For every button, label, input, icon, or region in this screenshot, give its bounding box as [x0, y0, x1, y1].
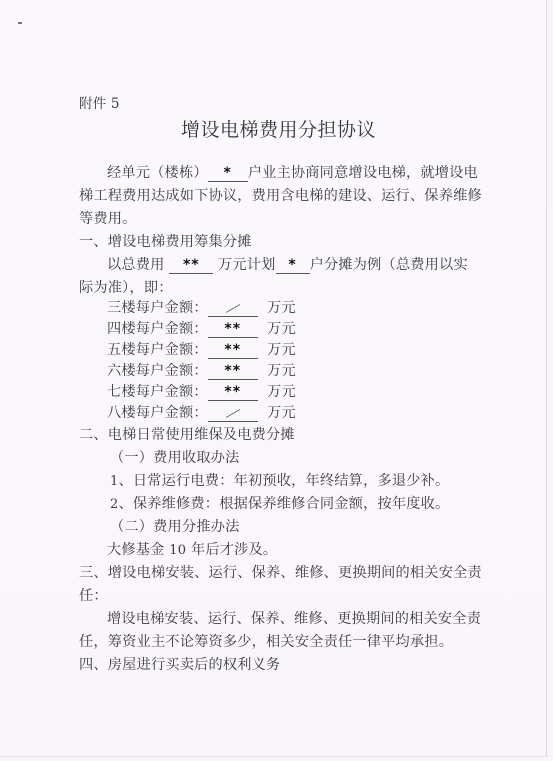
floor-label: 三楼每户金额： [107, 300, 208, 316]
floor-amount-blank [208, 404, 258, 422]
intro-line-3: 等费用。 [79, 209, 137, 229]
fund-years: 10 [169, 543, 186, 558]
section3-body-1: 增设电梯安装、运行、保养、维修、更换期间的相关安全责 [107, 609, 481, 629]
floor-row-6: 六楼每户金额：** 万元 [107, 361, 296, 381]
item-text: 、保养维修费：根据保养维修合同金额，按年度收。 [118, 496, 449, 512]
unit-label: 万元 [267, 321, 296, 337]
fund-suffix: 年后才涉及。 [191, 542, 277, 558]
section2-heading: 二、电梯日常使用维保及电费分摊 [79, 425, 295, 445]
floor-row-5: 五楼每户金额：** 万元 [107, 340, 296, 360]
unit-label: 万元 [267, 342, 296, 358]
document-page: 附件 5 增设电梯费用分担协议 经单元（楼栋）*户业主协商同意增设电梯，就增设电… [0, 0, 547, 757]
floor-label: 六楼每户金额： [107, 363, 208, 379]
intro-prefix: 经单元（楼栋） [107, 165, 208, 181]
document-title: 增设电梯费用分担协议 [181, 117, 376, 143]
scan-mark [18, 22, 22, 24]
floor-amount-blank: ** [208, 320, 258, 338]
section3-heading-2: 任： [79, 586, 108, 606]
slash-mark [226, 409, 240, 418]
total-cost-line: 以总费用 ** 万元计划*户分摊为例（总费用以实 [107, 255, 468, 275]
intro-line-2: 梯工程费用达成如下协议，费用含电梯的建设、运行、保养维修 [79, 186, 482, 206]
floor-row-3: 三楼每户金额： 万元 [107, 298, 296, 318]
section2-item1: 1、日常运行电费：年初预收，年终结算，多退少补。 [110, 471, 449, 492]
floor-label: 五楼每户金额： [107, 342, 208, 358]
floor-label: 七楼每户金额： [107, 384, 208, 400]
floor-label: 八楼每户金额： [107, 405, 208, 421]
floor-row-7: 七楼每户金额：** 万元 [107, 382, 296, 402]
floor-row-8: 八楼每户金额： 万元 [107, 403, 296, 423]
fund-prefix: 大修基金 [107, 542, 165, 558]
section3-body-2: 任，筹资业主不论筹资多少，相关安全责任一律平均承担。 [79, 632, 453, 652]
section1-heading: 一、增设电梯费用筹集分摊 [79, 232, 252, 252]
floor-amount-blank: ** [208, 362, 258, 380]
unit-label: 万元 [267, 405, 296, 421]
intro-suffix: 户业主协商同意增设电梯，就增设电 [248, 165, 478, 181]
section4-heading: 四、房屋进行买卖后的权利义务 [79, 655, 280, 675]
section2-fund: 大修基金 10 年后才涉及。 [107, 540, 277, 561]
section3-heading-1: 三、增设电梯安装、运行、保养、维修、更换期间的相关安全责 [79, 563, 482, 583]
floor-label: 四楼每户金额： [107, 321, 208, 337]
total-line-2: 际为准），即： [79, 278, 173, 298]
intro-line-1: 经单元（楼栋）*户业主协商同意增设电梯，就增设电 [107, 163, 478, 183]
floor-amount-blank [208, 299, 258, 317]
section2-sub2: （二）费用分推办法 [110, 517, 240, 537]
unit-label: 万元 [267, 363, 296, 379]
floor-amount-blank: ** [208, 341, 258, 359]
item-text: 、日常运行电费：年初预收，年终结算，多退少补。 [118, 473, 449, 489]
unit-label: 万元 [267, 384, 296, 400]
total-mid: 万元计划 [218, 257, 276, 273]
floor-row-4: 四楼每户金额：** 万元 [107, 319, 296, 339]
total-prefix: 以总费用 [107, 257, 165, 273]
attachment-label: 附件 5 [79, 94, 120, 114]
slash-mark [226, 304, 240, 313]
section2-item2: 2、保养维修费：根据保养维修合同金额，按年度收。 [110, 494, 449, 515]
section2-sub1: （一）费用收取办法 [110, 448, 240, 468]
total-suffix: 户分摊为例（总费用以实 [310, 257, 468, 273]
unit-label: 万元 [267, 300, 296, 316]
unit-households-blank: * [208, 164, 248, 182]
floor-amount-blank: ** [208, 383, 258, 401]
households-blank: * [276, 256, 310, 274]
total-cost-blank: ** [169, 256, 213, 274]
